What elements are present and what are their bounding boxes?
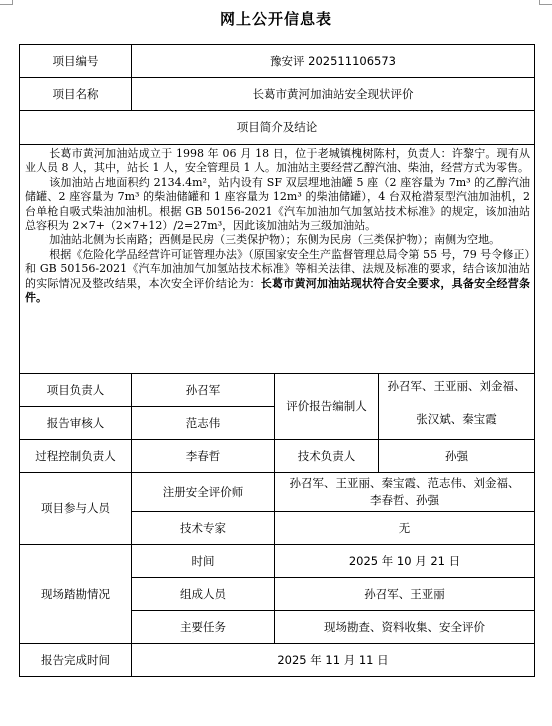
registered-assessors-line2: 李春哲、孙强 <box>276 492 533 509</box>
row-summary-heading: 项目简介及结论 <box>20 111 535 145</box>
report-compilers-value: 孙召军、王亚丽、刘金福、 张汉斌、秦宝霞 <box>379 374 535 440</box>
summary-paragraph: 该加油站占地面积约 2134.4m²，站内设有 SF 双层埋地油罐 5 座（2 … <box>25 176 530 234</box>
registered-assessors-label: 注册安全评价师 <box>132 473 275 512</box>
crop-mark-right <box>539 0 552 5</box>
survey-time-label: 时间 <box>132 545 275 578</box>
conclusion-paragraph: 根据《危险化学品经营许可证管理办法》（原国家安全生产监督管理总局令第 55 号，… <box>25 248 530 306</box>
summary-paragraph: 加油站北侧为长南路；西侧是民房（三类保护物）；东侧为民房（三类保护物）；南侧为空… <box>25 233 530 247</box>
row-project-number: 项目编号 豫安评 202511106573 <box>20 45 535 78</box>
row-project-leader: 项目负责人 孙召军 评价报告编制人 孙召军、王亚丽、刘金福、 张汉斌、秦宝霞 <box>20 374 535 407</box>
summary-paragraph: 长葛市黄河加油站成立于 1998 年 06 月 18 日，位于老城镇槐树陈村，负… <box>25 147 530 176</box>
project-number-value: 豫安评 202511106573 <box>132 45 535 78</box>
row-survey-time: 现场踏勘情况 时间 2025 年 10 月 21 日 <box>20 545 535 578</box>
row-completion: 报告完成时间 2025 年 11 月 11 日 <box>20 644 535 677</box>
site-survey-label: 现场踏勘情况 <box>20 545 132 644</box>
report-reviewer-label: 报告审核人 <box>20 407 132 440</box>
survey-time-value: 2025 年 10 月 21 日 <box>275 545 535 578</box>
project-name-label: 项目名称 <box>20 78 132 111</box>
project-leader-value: 孙召军 <box>132 374 275 407</box>
survey-members-value: 孙召军、王亚丽 <box>275 578 535 611</box>
info-table: 项目编号 豫安评 202511106573 项目名称 长葛市黄河加油站安全现状评… <box>19 44 535 677</box>
completion-label: 报告完成时间 <box>20 644 132 677</box>
process-control-value: 李春哲 <box>132 440 275 473</box>
report-compilers-label: 评价报告编制人 <box>275 374 379 440</box>
survey-tasks-value: 现场勘查、资料收集、安全评价 <box>275 611 535 644</box>
summary-body: 长葛市黄河加油站成立于 1998 年 06 月 18 日，位于老城镇槐树陈村，负… <box>20 145 535 374</box>
registered-assessors-line1: 孙召军、王亚丽、秦宝霞、范志伟、刘金福、 <box>276 475 533 492</box>
report-compilers-line1: 孙召军、王亚丽、刘金福、 <box>380 377 533 395</box>
technical-experts-value: 无 <box>275 512 535 545</box>
survey-tasks-label: 主要任务 <box>132 611 275 644</box>
technical-leader-label: 技术负责人 <box>275 440 379 473</box>
registered-assessors-value: 孙召军、王亚丽、秦宝霞、范志伟、刘金福、 李春哲、孙强 <box>275 473 535 512</box>
project-name-value: 长葛市黄河加油站安全现状评价 <box>132 78 535 111</box>
row-process-control: 过程控制负责人 李春哲 技术负责人 孙强 <box>20 440 535 473</box>
participants-label: 项目参与人员 <box>20 473 132 545</box>
summary-heading: 项目简介及结论 <box>20 111 535 145</box>
project-number-label: 项目编号 <box>20 45 132 78</box>
completion-value: 2025 年 11 月 11 日 <box>132 644 535 677</box>
report-reviewer-value: 范志伟 <box>132 407 275 440</box>
crop-mark-left <box>0 0 13 5</box>
row-registered-assessors: 项目参与人员 注册安全评价师 孙召军、王亚丽、秦宝霞、范志伟、刘金福、 李春哲、… <box>20 473 535 512</box>
page-title: 网上公开信息表 <box>0 8 552 29</box>
row-summary: 长葛市黄河加油站成立于 1998 年 06 月 18 日，位于老城镇槐树陈村，负… <box>20 145 535 374</box>
row-project-name: 项目名称 长葛市黄河加油站安全现状评价 <box>20 78 535 111</box>
technical-experts-label: 技术专家 <box>132 512 275 545</box>
process-control-label: 过程控制负责人 <box>20 440 132 473</box>
report-compilers-line2: 张汉斌、秦宝霞 <box>380 410 533 428</box>
project-leader-label: 项目负责人 <box>20 374 132 407</box>
technical-leader-value: 孙强 <box>379 440 535 473</box>
survey-members-label: 组成人员 <box>132 578 275 611</box>
